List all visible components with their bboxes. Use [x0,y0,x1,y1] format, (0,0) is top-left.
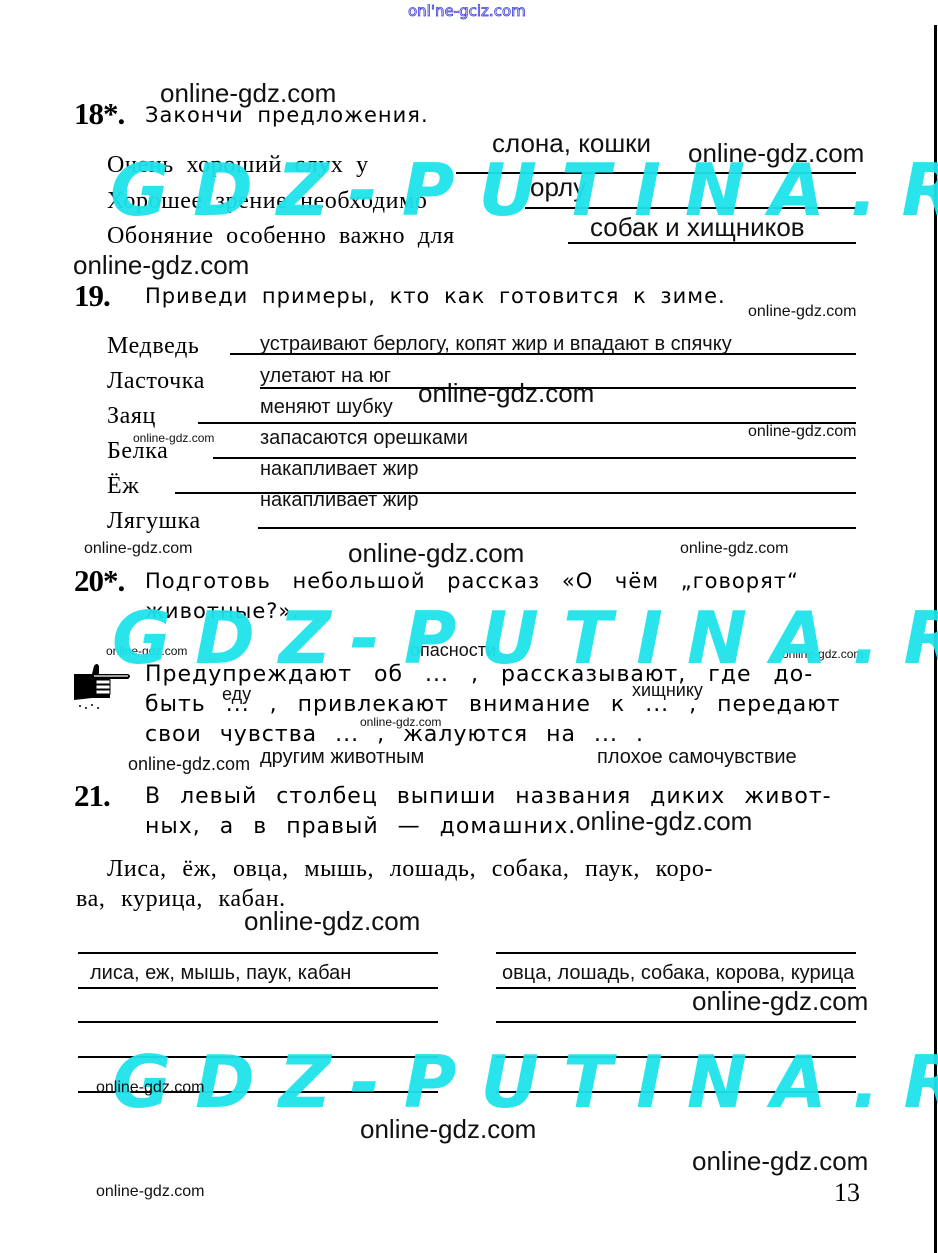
task-19-answer-hedgehog: накапливает жир [260,458,419,481]
top-watermark: onl'ne-gciz.com [408,2,526,20]
task-19-animal-bear: Медведь [107,333,199,360]
task-21-wild-answer: лиса, еж, мышь, паук, кабан [90,962,351,985]
watermark: online-gdz.com [418,378,594,409]
task-19-animal-frog: Лягушка [107,508,201,535]
wild-column-line [78,987,438,989]
task-19-number: 19. [74,278,110,314]
watermark: online-gdz.com [244,906,420,937]
task-19-animal-squirrel: Белка [107,438,168,465]
watermark: online-gdz.com [96,1079,205,1097]
watermark: online-gdz.com [748,423,857,441]
task-19-animal-hedgehog: Ёж [107,473,139,500]
task-19-answer-hare: меняют шубку [260,396,393,419]
task-21-domestic-answer: овца, лошадь, собака, корова, курица [502,962,854,985]
banner-watermark: GDZ-PUTINA.RU [112,596,938,680]
task-19-title: Приведи примеры, кто как готовится к зим… [145,284,726,308]
domestic-column-line [496,1021,856,1023]
page-number: 13 [834,1178,860,1208]
task-20-title-line-1: Подготовь небольшой рассказ «О чём „гово… [145,569,799,593]
wild-column-line [78,952,438,954]
task-20-hint-line-3: свои чувства ... , жалуются на ... . [145,722,644,747]
watermark: online-gdz.com [348,538,524,569]
watermark: online-gdz.com [692,986,868,1017]
watermark: online-gdz.com [128,754,250,775]
watermark: online-gdz.com [692,1146,868,1177]
domestic-column-line [496,952,856,954]
watermark: online-gdz.com [576,806,752,837]
task-20-answer-others: другим животным [260,746,424,769]
answer-line [568,242,856,244]
task-18-title: Закончи предложения. [145,103,429,127]
task-21-animal-list-line-1: Лиса, ёж, овца, мышь, лошадь, собака, па… [107,856,713,883]
task-20-hint-line-2: быть ... , привлекают внимание к ... , п… [145,692,841,717]
answer-line [230,353,856,355]
task-19-answer-squirrel: запасаются орешками [260,427,468,450]
watermark: online-gdz.com [748,303,857,321]
watermark: online-gdz.com [360,1114,536,1145]
task-19-answer-swallow: улетают на юг [260,365,391,388]
watermark: online-gdz.com [84,540,193,558]
answer-line [258,527,856,529]
task-20-answer-illness: плохое самочувствие [597,746,797,769]
watermark: online-gdz.com [680,540,789,558]
task-20-number: 20*. [74,563,124,599]
watermark: online-gdz.com [96,1183,205,1201]
task-21-number: 21. [74,778,110,814]
task-19-answer-frog: накапливает жир [260,489,419,512]
wild-column-line [78,1021,438,1023]
banner-watermark: GDZ-PUTINA.RU [110,148,938,232]
task-18-number: 18*. [74,96,124,132]
task-21-title-line-2: ных, а в правый — домашних. [145,814,576,839]
banner-watermark: GDZ-PUTINA.RU [112,1040,938,1124]
task-19-animal-swallow: Ласточка [107,368,205,395]
task-19-animal-hare: Заяц [107,403,156,430]
watermark: online-gdz.com [73,250,249,281]
